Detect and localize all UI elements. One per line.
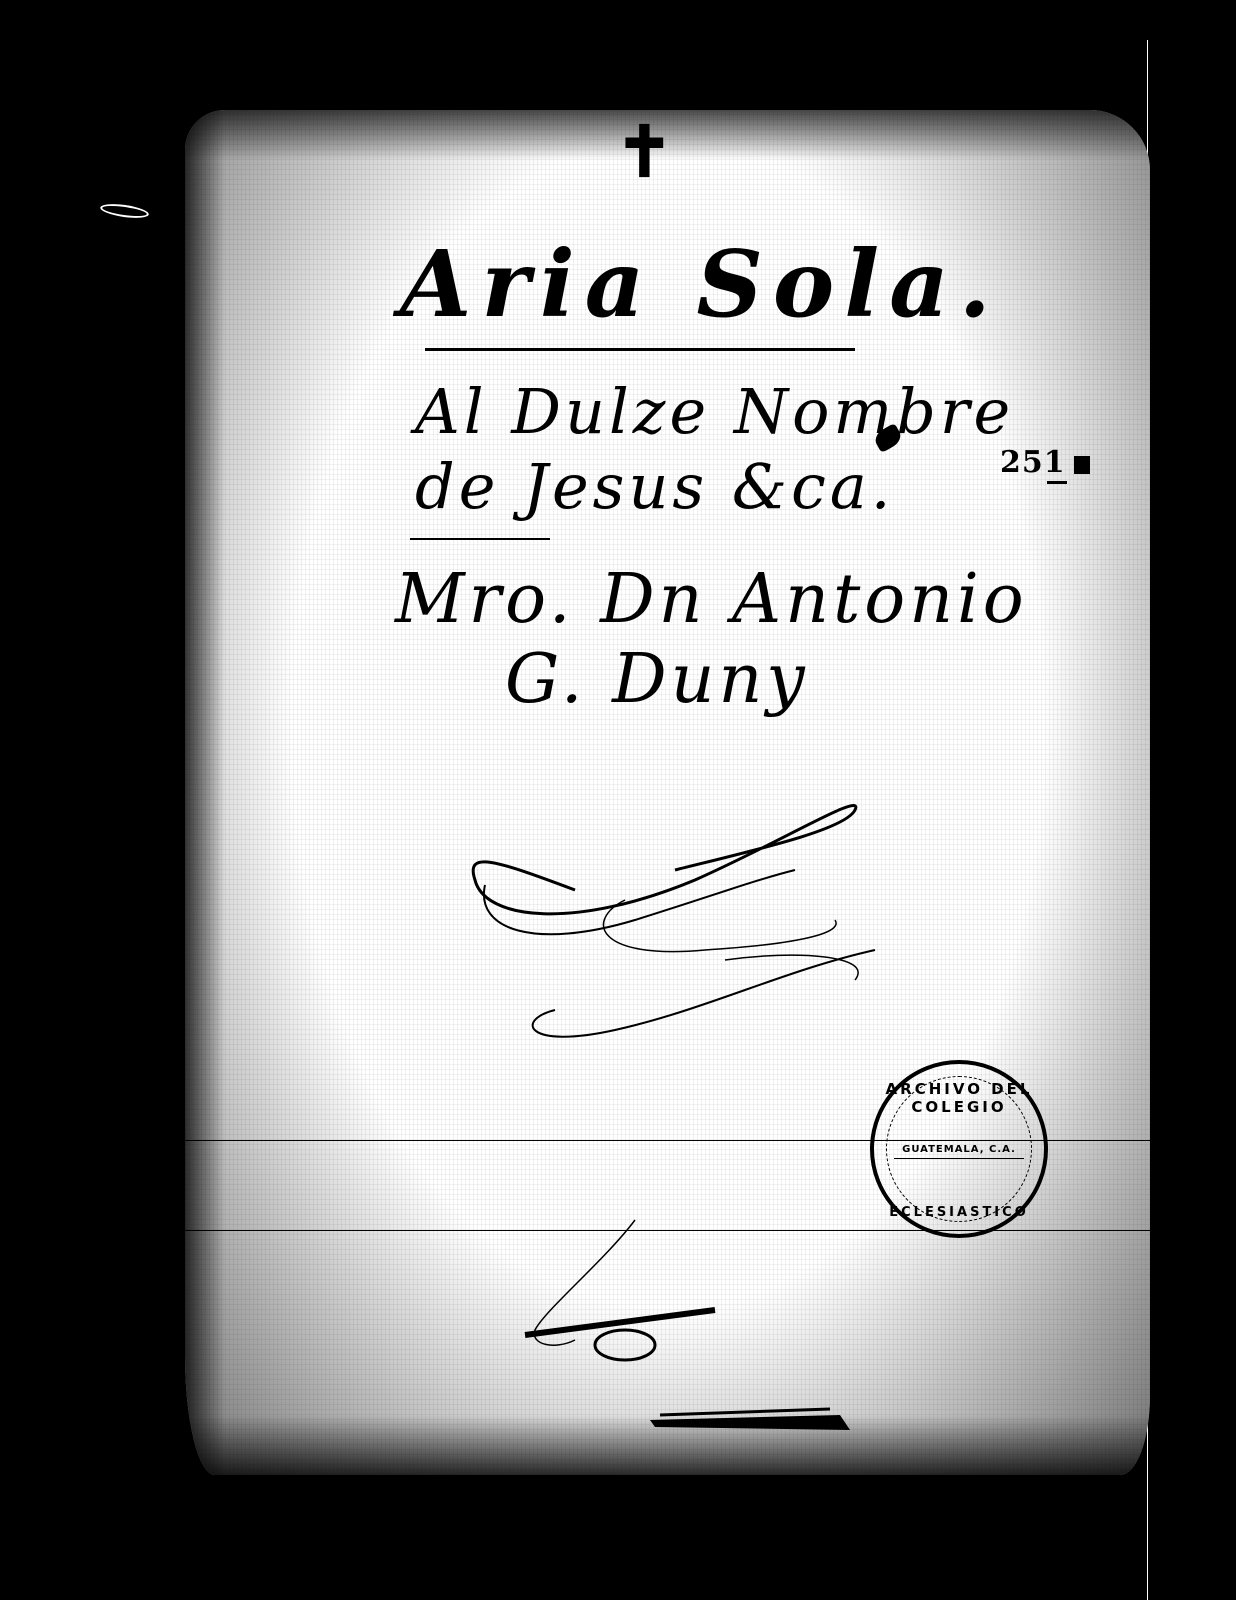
composer-line-2: G. Duny <box>505 640 809 719</box>
dedication-line-2: de Jesus &ca. <box>415 450 895 523</box>
stamp-bottom-text: ECLESIASTICO <box>874 1205 1044 1220</box>
page-edge-shadow-left <box>185 110 225 1475</box>
stamp-middle-text: GUATEMALA, C.A. <box>894 1140 1024 1159</box>
signature-flourish <box>455 770 915 1090</box>
catalog-number-text: 251 <box>1000 445 1066 480</box>
bottom-paraph-mark <box>640 1395 860 1445</box>
archive-stamp: ARCHIVO DEL COLEGIO GUATEMALA, C.A. ECLE… <box>870 1060 1048 1238</box>
stamp-top-text: ARCHIVO DEL COLEGIO <box>874 1080 1044 1116</box>
cross-icon: ✝ <box>615 110 674 193</box>
dedication-line-1: Al Dulze Nombre <box>415 375 1014 448</box>
title-underline <box>425 348 855 351</box>
document-title: Aria Sola. <box>400 230 1001 338</box>
composer-line-1: Mro. Dn Antonio <box>395 560 1028 639</box>
catalog-number: 251 <box>1000 445 1090 480</box>
section-rule <box>410 538 550 540</box>
ink-blot-icon <box>1074 456 1090 474</box>
catalog-underline <box>1047 481 1067 484</box>
scan-artifact-mark <box>99 202 149 221</box>
manuscript-page: ✝ Aria Sola. Al Dulze Nombre de Jesus &c… <box>185 110 1150 1475</box>
lower-flourish-mark <box>515 1210 755 1370</box>
